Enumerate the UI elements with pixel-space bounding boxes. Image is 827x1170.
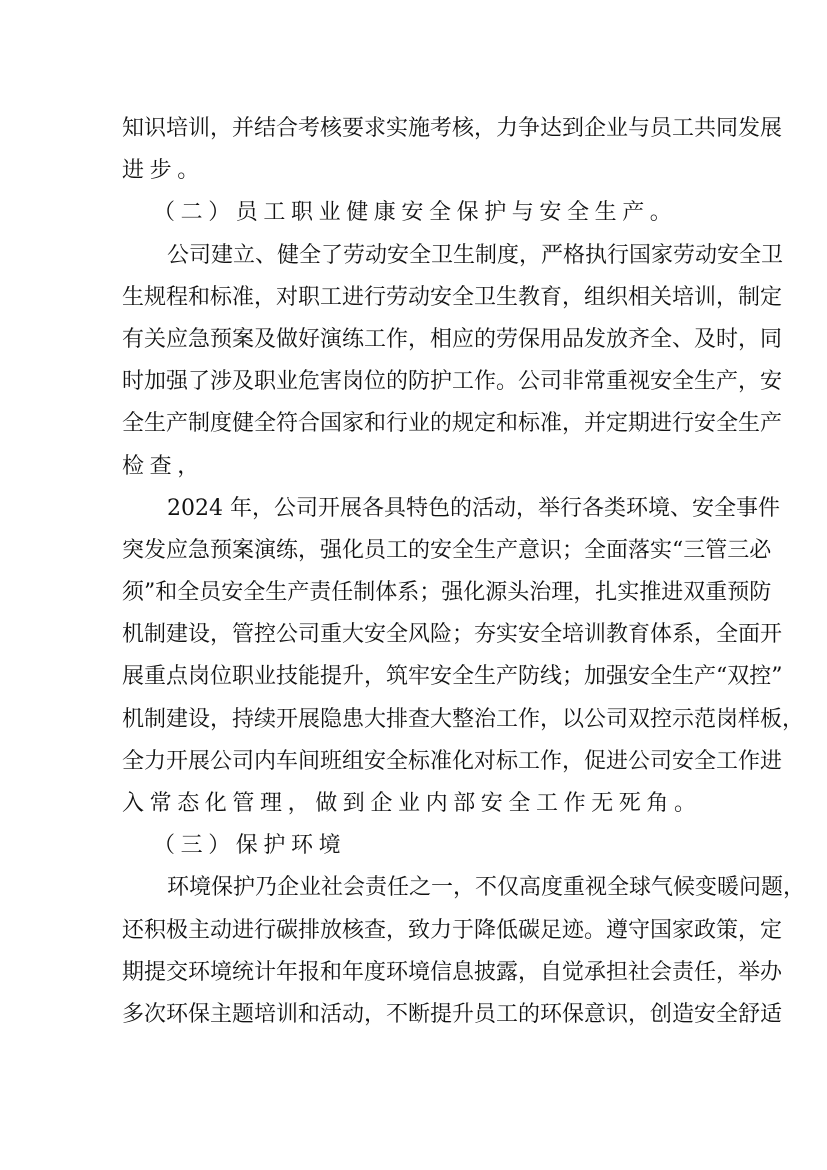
section-heading-employee-health-safety: （二）员工职业健康安全保护与安全生产。 [122, 192, 708, 234]
paragraph-labor-safety: 公司建立、健全了劳动安全卫生制度，严格执行国家劳动安全卫 生规程和标准，对职工进… [122, 235, 708, 488]
paragraph-2024-activities: 2024 年，公司开展各具特色的活动，举行各类环境、安全事件 突发应急预案演练，… [122, 488, 708, 826]
text-line: 多次环保主题培训和活动，不断提升员工的环保意识，创造安全舒适 [122, 994, 708, 1036]
section-heading-environment: （三）保护环境 [122, 825, 708, 867]
text-line: 知识培训，并结合考核要求实施考核，力争达到企业与员工共同发展 [122, 108, 708, 150]
text-line: 2024 年，公司开展各具特色的活动，举行各类环境、安全事件 [122, 488, 708, 530]
text-line: 有关应急预案及做好演练工作，相应的劳保用品发放齐全、及时，同 [122, 319, 708, 361]
text-line: 突发应急预案演练，强化员工的安全生产意识；全面落实“三管三必 [122, 530, 708, 572]
text-line: 机制建设，持续开展隐患大排查大整治工作，以公司双控示范岗样板， [122, 699, 708, 741]
text-line: 检查， [122, 446, 708, 488]
text-line: 进步。 [122, 150, 708, 192]
text-line: 公司建立、健全了劳动安全卫生制度，严格执行国家劳动安全卫 [122, 235, 708, 277]
section-heading: （二）员工职业健康安全保护与安全生产。 [122, 192, 708, 234]
paragraph-continuation: 知识培训，并结合考核要求实施考核，力争达到企业与员工共同发展 进步。 [122, 108, 708, 192]
paragraph-environmental-protection: 环境保护乃企业社会责任之一，不仅高度重视全球气候变暖问题， 还积极主动进行碳排放… [122, 867, 708, 1036]
text-line: 全生产制度健全符合国家和行业的规定和标准，并定期进行安全生产 [122, 403, 708, 445]
text-line: 环境保护乃企业社会责任之一，不仅高度重视全球气候变暖问题， [122, 867, 708, 909]
text-line: 时加强了涉及职业危害岗位的防护工作。公司非常重视安全生产，安 [122, 361, 708, 403]
text-line: 展重点岗位职业技能提升，筑牢安全生产防线；加强安全生产“双控” [122, 656, 708, 698]
text-line: 机制建设，管控公司重大安全风险；夯实安全培训教育体系，全面开 [122, 614, 708, 656]
text-line: 生规程和标准，对职工进行劳动安全卫生教育，组织相关培训，制定 [122, 277, 708, 319]
document-page: 知识培训，并结合考核要求实施考核，力争达到企业与员工共同发展 进步。 （二）员工… [122, 108, 708, 1036]
text-line: 入常态化管理，做到企业内部安全工作无死角。 [122, 783, 708, 825]
text-line: 须”和全员安全生产责任制体系；强化源头治理，扎实推进双重预防 [122, 572, 708, 614]
text-line: 期提交环境统计年报和年度环境信息披露，自觉承担社会责任，举办 [122, 952, 708, 994]
section-heading: （三）保护环境 [122, 825, 708, 867]
text-line: 全力开展公司内车间班组安全标准化对标工作，促进公司安全工作进 [122, 741, 708, 783]
text-line: 还积极主动进行碳排放核查，致力于降低碳足迹。遵守国家政策，定 [122, 910, 708, 952]
